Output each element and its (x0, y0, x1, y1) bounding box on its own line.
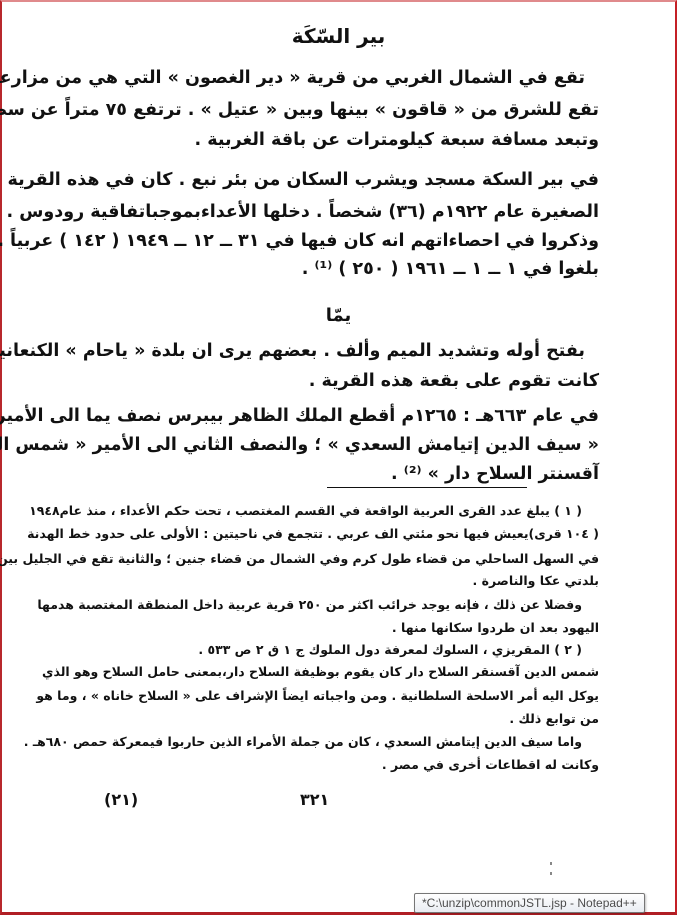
paragraph-line: تقع للشرق من « قاقون » بينها وبين « عتيل… (78, 98, 599, 122)
footnote-line: اليهود بعد ان طردوا سكانها منها . (78, 619, 599, 637)
scanned-book-page: بير السّكَة تقع في الشمال الغربي من قرية… (0, 0, 677, 915)
taskbar-tooltip: *C:\unzip\commonJSTL.jsp - Notepad++ (414, 893, 645, 913)
entry-title-yamma: يمّا (0, 305, 677, 326)
paragraph-line: آقسنتر السلاح دار » ⁽²⁾ . (78, 462, 599, 486)
paragraph-line: وذكروا في احصاءاتهم انه كان فيها في ٣١ ـ… (78, 229, 599, 253)
paragraph-line: بلغوا في ١ ــ ١ ــ ١٩٦١ ( ٢٥٠ ) ⁽¹⁾ . (78, 257, 599, 281)
footnote-line: من توابع ذلك . (78, 710, 599, 728)
footnote-line: بلدتي عكا والناصرة . (78, 572, 599, 590)
paragraph-line: تقع في الشمال الغربي من قرية « دير الغصو… (78, 66, 585, 90)
scan-speck (550, 872, 552, 875)
paragraph-line: في عام ٦٦٣هـ : ١٢٦٥م أقطع الملك الظاهر ب… (78, 404, 599, 428)
paragraph-line: في بير السكة مسجد ويشرب السكان من بئر نب… (78, 168, 599, 192)
paragraph-line: وتبعد مسافة سبعة كيلومترات عن باقة الغرب… (78, 128, 599, 152)
paragraph-line: كانت تقوم على بقعة هذه القرية . (78, 369, 599, 393)
page-number: ٣٢١ (300, 790, 329, 809)
footnote-line: وفضلا عن ذلك ، فإنه يوجد خرائب اكثر من ٢… (78, 596, 582, 614)
footnote-line: شمس الدين آقسنقر السلاح دار كان يقوم بوظ… (78, 663, 599, 681)
paragraph-line: بفتح أوله وتشديد الميم وألف . بعضهم يرى … (78, 339, 585, 363)
footnote-line: وكانت له اقطاعات أخرى في مصر . (78, 756, 599, 774)
footnote-line: يوكل اليه أمر الاسلحة السلطانية . ومن وا… (78, 687, 599, 705)
paragraph-line: الصغيرة عام ١٩٢٢م (٣٦) شخصاً . دخلها الأ… (78, 200, 599, 224)
entry-title-bir-al-sikka: بير السّكَة (0, 24, 677, 48)
paragraph-line: « سيف الدين إتيامش السعدي » ؛ والنصف الث… (78, 433, 599, 457)
footnote-line: ( ١ ) يبلغ عدد القرى العربية الواقعة في … (78, 502, 582, 520)
footnote-separator (327, 487, 527, 488)
footnote-line: ( ١٠٤ قرى)يعيش فيها نحو مئتي الف عربي . … (78, 525, 599, 543)
footnote-line: ( ٢ ) المقريزي ، السلوك لمعرفة دول الملو… (78, 641, 582, 659)
signature-number: (٢١) (104, 790, 138, 809)
scan-speck (550, 862, 552, 865)
footnote-line: في السهل الساحلي من قضاء طول كرم وفي الش… (78, 550, 599, 568)
footnote-line: واما سيف الدين إيتامش السعدي ، كان من جم… (78, 733, 582, 751)
